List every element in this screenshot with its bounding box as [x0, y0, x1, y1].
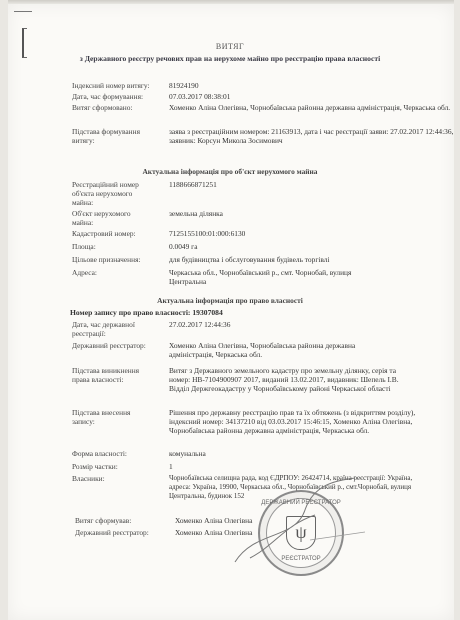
document-title: ВИТЯГ: [0, 42, 460, 51]
field-value: земельна ділянка: [169, 209, 459, 218]
field-label: Підстава внесення запису:: [72, 408, 152, 426]
field-label: Державний реєстратор:: [72, 341, 182, 350]
field-value: 27.02.2017 12:44:36: [169, 320, 459, 329]
field-label: Розмір частки:: [72, 462, 182, 471]
field-label: Витяг сформовано:: [72, 103, 182, 112]
field-label: Об'єкт нерухомого майна:: [72, 209, 147, 227]
field-label: Дата, час формування:: [72, 92, 182, 101]
field-value: 07.03.2017 08:38:01: [169, 92, 459, 101]
record-label: Номер запису про право власності:: [70, 308, 190, 317]
field-value: Хоменко Аліна Олегівна: [175, 528, 460, 537]
field-value: Хоменко Аліна Олегівна: [175, 516, 460, 525]
field-value: 1188666871251: [169, 180, 459, 189]
field-value: Черкаська обл., Чорнобаївський р., смт. …: [169, 268, 379, 286]
field-label: Кадастровий номер:: [72, 229, 182, 238]
field-label: Форма власності:: [72, 449, 182, 458]
field-label: Площа:: [72, 242, 182, 251]
field-value: для будівництва і обслуговування будівел…: [169, 255, 459, 264]
ownership-section-heading: Актуальна інформація про право власності: [0, 296, 460, 305]
field-label: Державний реєстратор:: [75, 528, 185, 537]
field-label: Підстава формування витягу:: [72, 127, 152, 145]
pen-mark: [14, 11, 32, 12]
field-value: заява з реєстраційним номером: 21163913,…: [169, 127, 459, 145]
field-label: Індексний номер витягу:: [72, 81, 182, 90]
field-value: Хоменко Аліна Олегівна, Чорнобаївська ра…: [169, 341, 389, 359]
field-label: Цільове призначення:: [72, 255, 182, 264]
record-number: 19307084: [192, 308, 222, 317]
field-value: Хоменко Аліна Олегівна, Чорнобаївська ра…: [169, 103, 459, 112]
field-value: 81924190: [169, 81, 459, 90]
field-label: Підстава виникнення права власності:: [72, 366, 152, 384]
field-label: Реєстраційний номер об'єкта нерухомого м…: [72, 180, 152, 207]
field-label: Власники:: [72, 474, 182, 483]
field-value: 7125155100:01:000:6130: [169, 229, 459, 238]
field-label: Витяг сформував:: [75, 516, 185, 525]
document-subtitle: з Державного реєстру речових прав на нер…: [0, 54, 460, 63]
object-section-heading: Актуальна інформація про об'єкт нерухомо…: [0, 167, 460, 176]
field-value: Витяг з Державного земельного кадастру п…: [169, 366, 419, 393]
field-value: Рішення про державну реєстрацію прав та …: [169, 408, 419, 435]
field-value: комунальна: [169, 449, 459, 458]
record-number-line: Номер запису про право власності: 193070…: [70, 308, 223, 317]
field-value: 0.0049 га: [169, 242, 459, 251]
field-label: Дата, час державної реєстрації:: [72, 320, 152, 338]
field-label: Адреса:: [72, 268, 182, 277]
